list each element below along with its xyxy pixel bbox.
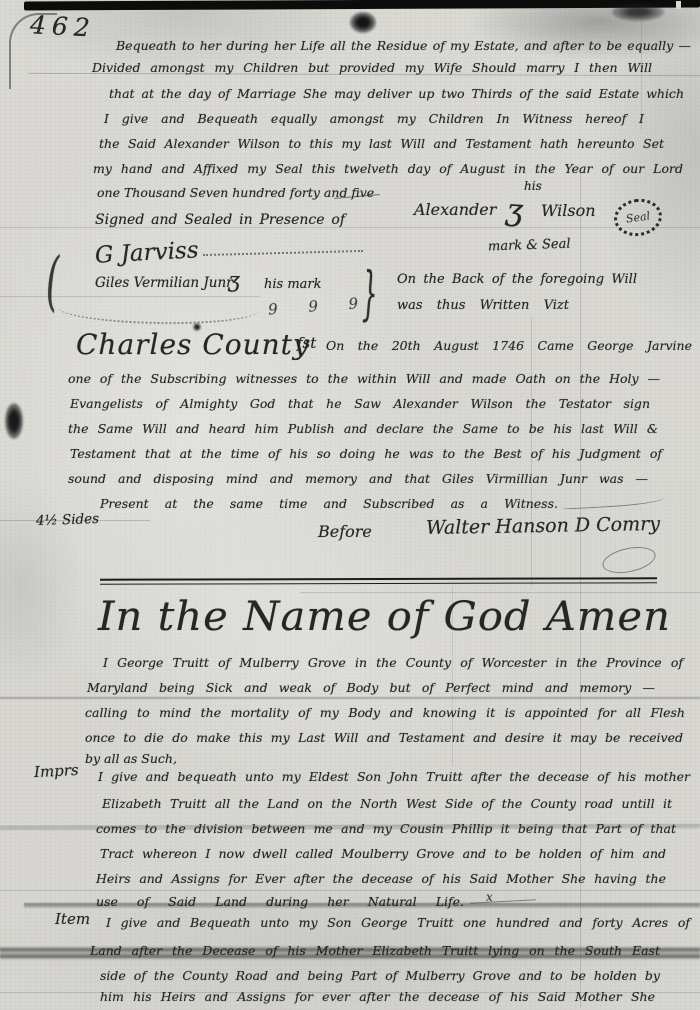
scan-edge-top xyxy=(24,0,700,10)
witness-paren-flourish: ( xyxy=(46,244,59,320)
probate-ss-label: fst xyxy=(297,334,316,352)
manuscript-line: that at the day of Marriage She may deli… xyxy=(109,81,684,106)
signer-first-name: Alexander xyxy=(414,200,496,219)
official-signature: Walter Hanson D Comry xyxy=(426,513,660,539)
endorsement-line: On the Back of the foregoing Will xyxy=(397,272,637,287)
mark-and-seal-caption: mark & Seal xyxy=(488,237,571,255)
signer-his-label: his xyxy=(524,179,542,193)
manuscript-line: one Thousand Seven hundred forty and fiv… xyxy=(97,180,374,205)
probate-line: Present at the same time and Subscribed … xyxy=(100,491,558,516)
manuscript-line: the Said Alexander Wilson to this my las… xyxy=(99,131,664,156)
section-divider-rule xyxy=(100,577,657,584)
probate-line: Testament that at the time of his so doi… xyxy=(70,441,662,466)
wax-seal-icon: Seal xyxy=(612,196,665,239)
probate-line: one of the Subscribing witnesses to the … xyxy=(68,366,660,391)
imprimis-line: Elizabeth Truitt all the Land on the Nor… xyxy=(102,791,672,816)
present-line-flourish xyxy=(562,493,664,509)
margin-note-sides: 4½ Sides xyxy=(36,511,100,529)
item-line: him his Heirs and Assigns for ever after… xyxy=(100,984,655,1009)
scan-edge-top-break xyxy=(676,1,681,9)
imprimis-line: Tract whereon I now dwell called Moulber… xyxy=(100,841,666,866)
probate-line: On the 20th August 1746 Came George Jarv… xyxy=(326,333,692,358)
giles-mark-icon: ʒ xyxy=(228,268,240,292)
probate-line: sound and disposing mind and memory and … xyxy=(68,466,648,491)
dotted-arc-flourish xyxy=(58,292,258,325)
preamble-line: I George Truitt of Mulberry Grove in the… xyxy=(103,650,683,675)
imprimis-line: comes to the division between me and my … xyxy=(96,816,676,841)
signer-last-name: Wilson xyxy=(541,201,596,220)
margin-label-item: Item xyxy=(55,910,90,928)
seal-label: Seal xyxy=(625,209,651,225)
wilson-mark-icon: ʒ xyxy=(505,192,524,228)
attestation-label: Signed and Sealed in Presence of xyxy=(95,212,345,228)
preamble-line: calling to mind the mortality of my Body… xyxy=(85,700,685,725)
probate-line: Evangelists of Almighty God that he Saw … xyxy=(70,391,650,416)
manuscript-line: I give and Bequeath equally amongst my C… xyxy=(104,106,644,131)
manuscript-page: 462 Bequeath to her during her Life all … xyxy=(0,0,700,1010)
his-mark-label: his mark xyxy=(264,277,322,292)
preamble-line: Maryland being Sick and weak of Body but… xyxy=(87,675,655,700)
item-line: Land after the Decease of his Mother Eli… xyxy=(90,938,660,963)
page-number: 462 xyxy=(29,10,96,42)
margin-label-imprimis: Imprs xyxy=(34,761,80,781)
imprimis-line: I give and bequeath unto my Eldest Son J… xyxy=(98,764,690,789)
imprimis-line: Heirs and Assigns for Ever after the dec… xyxy=(96,866,666,891)
ink-blot-left-margin xyxy=(5,403,23,439)
life-tail-flourish: x xyxy=(486,890,493,904)
witness-signature-jarvis: G Jarviss xyxy=(94,237,199,268)
witness-signature-vermilian: Giles Vermilian Junr xyxy=(95,275,233,291)
life-dash-flourish xyxy=(470,899,536,903)
item-line: I give and Bequeath unto my Son George T… xyxy=(106,910,690,935)
dotted-flourish xyxy=(203,250,363,256)
endorsement-line: was thus Written Vizt xyxy=(397,298,569,313)
witness-loops-flourish: 9 9 9 xyxy=(267,293,371,318)
will-heading: In the Name of God Amen xyxy=(98,594,671,640)
before-label: Before xyxy=(318,522,372,541)
ink-blot-top xyxy=(350,12,376,33)
manuscript-line: my hand and Affixed my Seal this twelvet… xyxy=(93,156,683,181)
manuscript-line: Divided amongst my Children but provided… xyxy=(92,55,652,80)
signature-loop-flourish xyxy=(600,543,658,578)
probate-county-heading: Charles County xyxy=(76,328,310,361)
probate-line: the Same Will and heard him Publish and … xyxy=(68,416,658,441)
